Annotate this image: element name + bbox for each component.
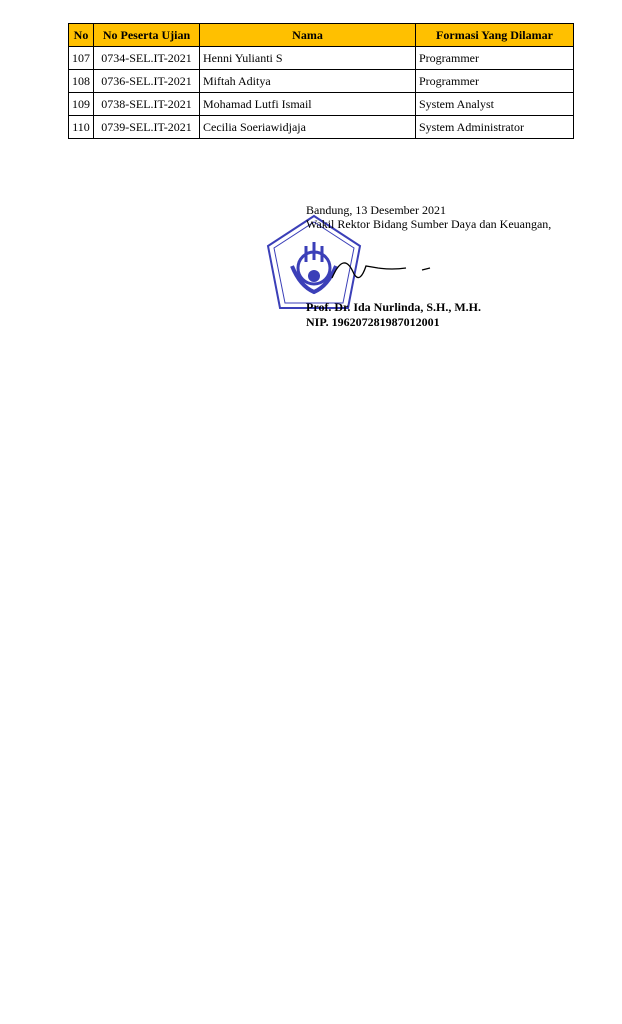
signature-block: Bandung, 13 Desember 2021 Wakil Rektor B…	[306, 203, 551, 231]
cell-id: 0734-SEL.IT-2021	[94, 47, 200, 70]
table-row: 108 0736-SEL.IT-2021 Miftah Aditya Progr…	[69, 70, 574, 93]
cell-name: Henni Yulianti S	[200, 47, 416, 70]
header-id: No Peserta Ujian	[94, 24, 200, 47]
place-date: Bandung, 13 Desember 2021	[306, 203, 551, 217]
cell-formasi: System Analyst	[416, 93, 574, 116]
header-name: Nama	[200, 24, 416, 47]
cell-no: 110	[69, 116, 94, 139]
cell-id: 0739-SEL.IT-2021	[94, 116, 200, 139]
cell-name: Cecilia Soeriawidjaja	[200, 116, 416, 139]
cell-name: Miftah Aditya	[200, 70, 416, 93]
table-header-row: No No Peserta Ujian Nama Formasi Yang Di…	[69, 24, 574, 47]
table-row: 110 0739-SEL.IT-2021 Cecilia Soeriawidja…	[69, 116, 574, 139]
header-no: No	[69, 24, 94, 47]
table-row: 107 0734-SEL.IT-2021 Henni Yulianti S Pr…	[69, 47, 574, 70]
participants-table: No No Peserta Ujian Nama Formasi Yang Di…	[68, 23, 574, 139]
cell-formasi: Programmer	[416, 47, 574, 70]
cell-name: Mohamad Lutfi Ismail	[200, 93, 416, 116]
signatory-position: Wakil Rektor Bidang Sumber Daya dan Keua…	[306, 217, 551, 231]
cell-no: 109	[69, 93, 94, 116]
signatory-nip: NIP. 196207281987012001	[306, 315, 481, 330]
signatory-name: Prof. Dr. Ida Nurlinda, S.H., M.H.	[306, 300, 481, 315]
cell-id: 0736-SEL.IT-2021	[94, 70, 200, 93]
cell-id: 0738-SEL.IT-2021	[94, 93, 200, 116]
cell-formasi: Programmer	[416, 70, 574, 93]
header-formasi: Formasi Yang Dilamar	[416, 24, 574, 47]
cell-formasi: System Administrator	[416, 116, 574, 139]
signature-scribble-icon	[330, 248, 440, 288]
signatory-details: Prof. Dr. Ida Nurlinda, S.H., M.H. NIP. …	[306, 300, 481, 330]
cell-no: 108	[69, 70, 94, 93]
cell-no: 107	[69, 47, 94, 70]
table-row: 109 0738-SEL.IT-2021 Mohamad Lutfi Ismai…	[69, 93, 574, 116]
